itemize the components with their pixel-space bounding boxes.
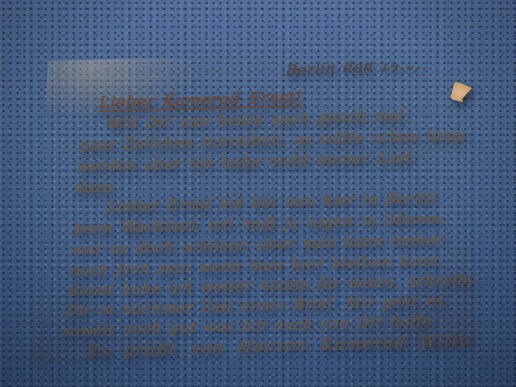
postcard-shadow: Berlin den 14.2.43 Lieber Kamerad Ernst!… xyxy=(0,0,516,387)
postcard: Berlin den 14.2.43 Lieber Kamerad Ernst!… xyxy=(0,0,516,387)
salutation-line: Lieber Kamerad Ernst! xyxy=(98,87,303,112)
letter-content: Berlin den 14.2.43 Lieber Kamerad Ernst!… xyxy=(0,0,516,387)
handwriting-line: dazu. xyxy=(74,177,119,196)
photo-scene: Berlin den 14.2.43 Lieber Kamerad Ernst!… xyxy=(0,0,516,387)
date-line: Berlin den 14.2.43 xyxy=(285,53,443,80)
